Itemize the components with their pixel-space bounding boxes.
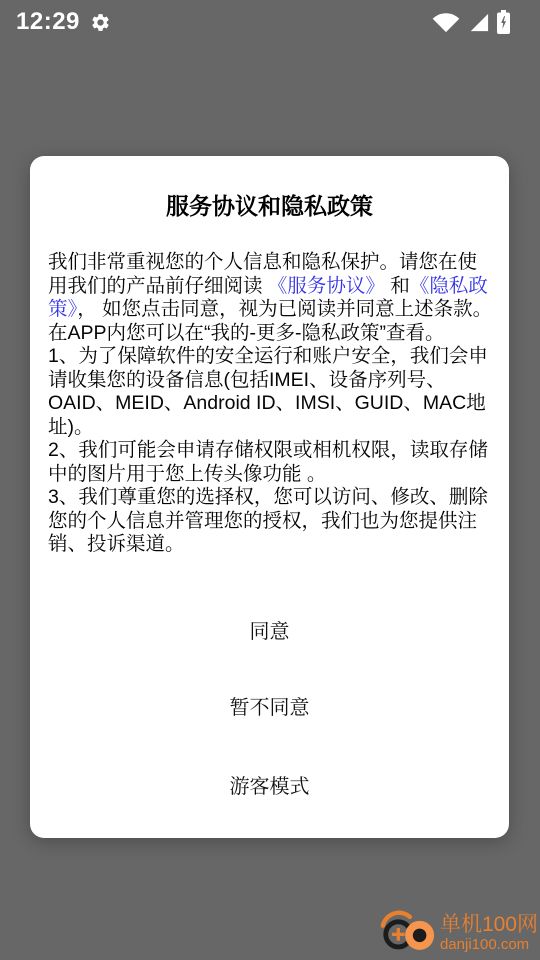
site-watermark: 单机100网 danji100.com — [379, 908, 538, 958]
agree-button[interactable]: 同意 — [30, 618, 509, 646]
wifi-icon — [431, 11, 461, 33]
status-bar-right — [431, 10, 510, 34]
dialog-title: 服务协议和隐私政策 — [30, 188, 509, 221]
clock: 12:29 — [16, 8, 80, 36]
clause-user-rights: 3、我们尊重您的选择权，您可以访问、修改、删除您的个人信息并管理您的授权，我们也… — [48, 486, 493, 557]
clause-device-info: 1、为了保障软件的安全运行和账户安全，我们会申请收集您的设备信息(包括IMEI、… — [48, 345, 493, 439]
battery-charging-icon — [497, 10, 510, 34]
screen: 12:29 — [0, 0, 540, 960]
intro-text-2: 和 — [385, 275, 410, 297]
intro-text-3: ， 如您点击同意，视为已阅读并同意上述条款。 在APP内您可以在“我的-更多-隐… — [48, 298, 492, 344]
settings-gear-icon — [90, 12, 111, 33]
danji100-logo-icon — [379, 908, 437, 958]
disagree-button[interactable]: 暂不同意 — [30, 694, 509, 722]
watermark-text: 单机100网 danji100.com — [440, 914, 538, 953]
status-bar-left: 12:29 — [16, 8, 111, 36]
dialog-body: 我们非常重视您的个人信息和隐私保护。请您在使用我们的产品前仔细阅读 《服务协议》… — [48, 251, 493, 557]
cellular-signal-icon — [469, 12, 489, 32]
guest-mode-button[interactable]: 游客模式 — [30, 773, 509, 801]
status-bar: 12:29 — [0, 0, 540, 44]
watermark-domain: danji100.com — [440, 936, 538, 953]
privacy-policy-dialog: 服务协议和隐私政策 我们非常重视您的个人信息和隐私保护。请您在使用我们的产品前仔… — [30, 156, 509, 838]
clause-permissions: 2、我们可能会申请存储权限或相机权限，读取存储中的图片用于您上传头像功能 。 — [48, 439, 493, 486]
watermark-site-name: 单机100网 — [440, 914, 538, 936]
service-agreement-link[interactable]: 《服务协议》 — [268, 275, 385, 297]
